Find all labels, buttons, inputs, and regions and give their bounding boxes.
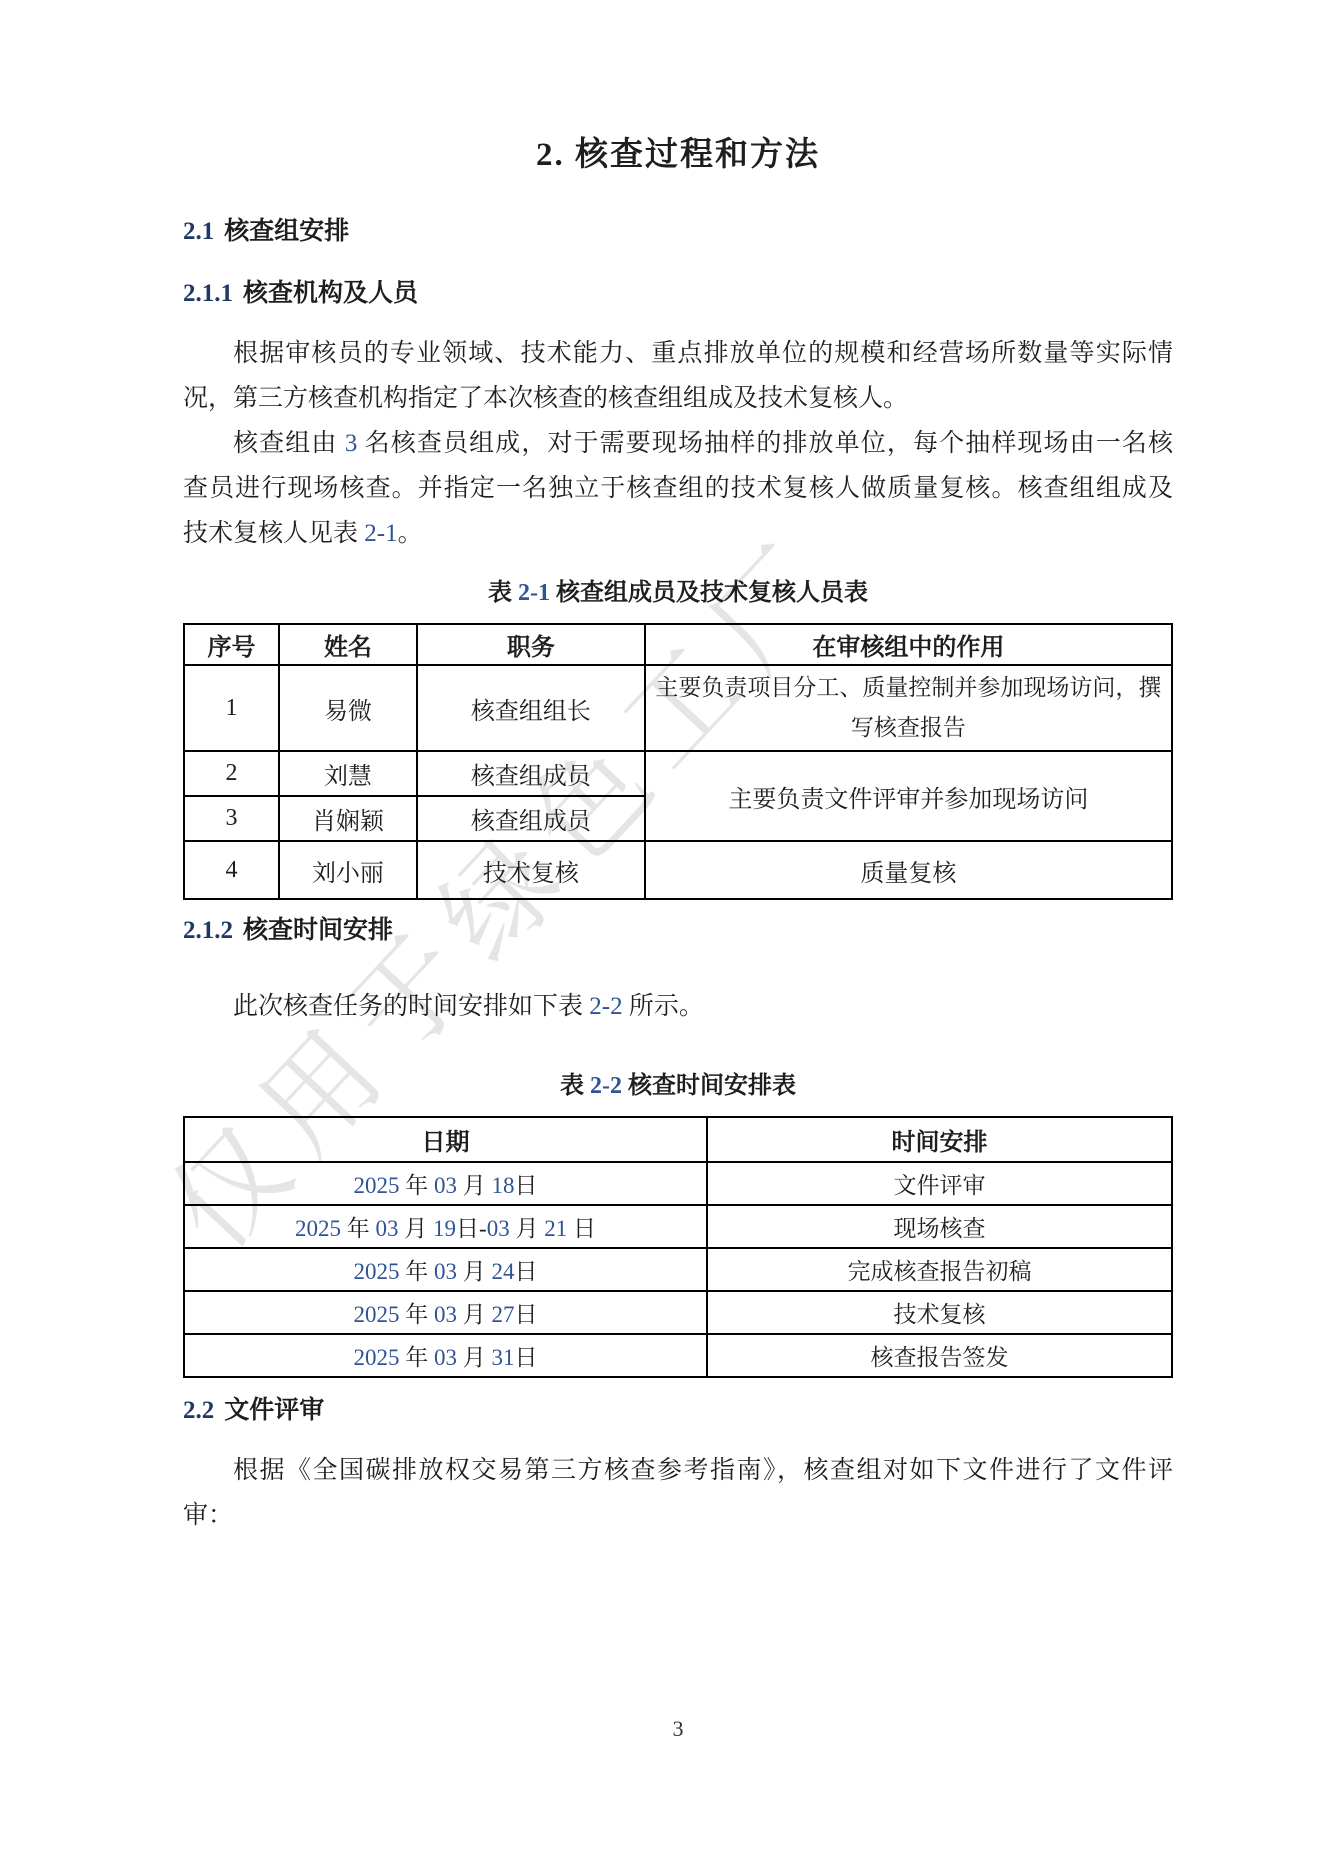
- cell-position: 核查组成员: [417, 796, 645, 841]
- table-row: 1 易微 核查组组长 主要负责项目分工、质量控制并参加现场访问，撰写核查报告: [184, 665, 1172, 751]
- cell-name: 肖娴颖: [279, 796, 417, 841]
- cell-no: 3: [184, 796, 279, 841]
- col-header-date: 日期: [184, 1117, 707, 1162]
- text-segment: 况，第三方核查机构指定了本次核查的核查组组成及技术复核人。: [183, 385, 908, 412]
- cell-name: 易微: [279, 665, 417, 751]
- section-heading-2-1: 2.1核查组安排: [183, 211, 1173, 247]
- text-segment: 年: [405, 1345, 434, 1370]
- text-segment: 核查组由: [233, 430, 345, 457]
- reference-number: 19: [433, 1216, 456, 1241]
- text-segment: 日: [515, 1259, 538, 1284]
- cell-date: 2025 年 03 月 31日: [184, 1334, 707, 1377]
- cell-date: 2025 年 03 月 19日-03 月 21 日: [184, 1205, 707, 1248]
- text-segment: 年: [405, 1259, 434, 1284]
- reference-number: 2025: [354, 1345, 406, 1370]
- text-segment: 日: [515, 1302, 538, 1327]
- reference-number: 2025: [354, 1259, 406, 1284]
- cell-position: 技术复核: [417, 841, 645, 899]
- text-line: 此次核查任务的时间安排如下表 2-2 所示。: [183, 984, 1173, 1029]
- text-segment: 月: [463, 1302, 492, 1327]
- text-line: 核查组由 3 名核查员组成，对于需要现场抽样的排放单位，每个抽样现场由一名核: [183, 421, 1173, 466]
- reference-number: 2-2: [589, 993, 622, 1020]
- cell-no: 2: [184, 751, 279, 796]
- section-number: 2.1.1: [183, 280, 233, 307]
- reference-number: 24: [492, 1259, 515, 1284]
- col-header-position: 职务: [417, 624, 645, 665]
- text-segment: 核查组成员及技术复核人员表: [550, 580, 868, 606]
- reference-number: 2025: [295, 1216, 347, 1241]
- reference-number: 21: [544, 1216, 573, 1241]
- reference-number: 2-2: [590, 1073, 622, 1099]
- text-line: 根据《全国碳排放权交易第三方核查参考指南》，核查组对如下文件进行了文件评: [183, 1448, 1173, 1493]
- cell-no: 4: [184, 841, 279, 899]
- section-number: 2.1.2: [183, 917, 233, 944]
- text-segment: 技术复核人见表: [183, 520, 364, 547]
- table-row: 2025 年 03 月 27日 技术复核: [184, 1291, 1172, 1334]
- cell-position: 核查组成员: [417, 751, 645, 796]
- cell-date: 2025 年 03 月 27日: [184, 1291, 707, 1334]
- table-row: 2025 年 03 月 18日 文件评审: [184, 1162, 1172, 1205]
- reference-number: 03: [434, 1259, 463, 1284]
- text-line: 根据审核员的专业领域、技术能力、重点排放单位的规模和经营场所数量等实际情: [183, 331, 1173, 376]
- section-label: 核查组安排: [224, 218, 349, 245]
- text-segment: 月: [463, 1345, 492, 1370]
- cell-date: 2025 年 03 月 18日: [184, 1162, 707, 1205]
- table-2-1-caption: 表 2-1 核查组成员及技术复核人员表: [183, 572, 1173, 607]
- table-2-2: 日期 时间安排 2025 年 03 月 18日 文件评审 2025 年 03 月…: [183, 1116, 1173, 1378]
- section-number: 2.2: [183, 1397, 214, 1424]
- text-segment: 日: [573, 1216, 596, 1241]
- cell-no: 1: [184, 665, 279, 751]
- page-number: 3: [183, 1716, 1173, 1742]
- section-heading-2-2: 2.2文件评审: [183, 1390, 1173, 1426]
- text-segment: 月: [515, 1216, 544, 1241]
- section-label: 核查机构及人员: [243, 280, 418, 307]
- text-segment: 查员进行现场核查。并指定一名独立于核查组的技术复核人做质量复核。核查组组成及: [183, 475, 1173, 502]
- paragraph-1: 根据审核员的专业领域、技术能力、重点排放单位的规模和经营场所数量等实际情 况，第…: [183, 331, 1173, 421]
- col-header-role: 在审核组中的作用: [645, 624, 1172, 665]
- cell-activity: 核查报告签发: [707, 1334, 1172, 1377]
- section-number: 2.1: [183, 218, 214, 245]
- table-2-1: 序号 姓名 职务 在审核组中的作用 1 易微 核查组组长 主要负责项目分工、质量…: [183, 623, 1173, 900]
- text-segment: 年: [405, 1173, 434, 1198]
- cell-position: 核查组组长: [417, 665, 645, 751]
- paragraph-4: 根据《全国碳排放权交易第三方核查参考指南》，核查组对如下文件进行了文件评 审：: [183, 1448, 1173, 1538]
- cell-activity: 完成核查报告初稿: [707, 1248, 1172, 1291]
- document-title: 2. 核查过程和方法: [183, 128, 1173, 175]
- text-line: 审：: [183, 1493, 1173, 1538]
- text-segment: 年: [347, 1216, 376, 1241]
- text-segment: 根据审核员的专业领域、技术能力、重点排放单位的规模和经营场所数量等实际情: [233, 340, 1173, 367]
- text-segment: 月: [463, 1259, 492, 1284]
- text-segment: 日: [515, 1173, 538, 1198]
- table-row: 2 刘慧 核查组成员 主要负责文件评审并参加现场访问: [184, 751, 1172, 796]
- reference-number: 27: [492, 1302, 515, 1327]
- text-segment: 年: [405, 1302, 434, 1327]
- section-label: 核查时间安排: [243, 917, 393, 944]
- document-content: 2. 核查过程和方法 2.1核查组安排 2.1.1核查机构及人员 根据审核员的专…: [183, 0, 1173, 1538]
- cell-duty-merged: 主要负责文件评审并参加现场访问: [645, 751, 1172, 841]
- table-2-2-caption: 表 2-2 核查时间安排表: [183, 1065, 1173, 1100]
- table-header-row: 序号 姓名 职务 在审核组中的作用: [184, 624, 1172, 665]
- paragraph-3: 此次核查任务的时间安排如下表 2-2 所示。: [183, 984, 1173, 1029]
- text-segment: 核查时间安排表: [622, 1073, 796, 1099]
- reference-number: 03: [434, 1302, 463, 1327]
- table-row: 2025 年 03 月 19日-03 月 21 日 现场核查: [184, 1205, 1172, 1248]
- text-segment: 所示。: [623, 993, 704, 1020]
- reference-number: 3: [345, 430, 358, 457]
- cell-duty: 主要负责项目分工、质量控制并参加现场访问，撰写核查报告: [645, 665, 1172, 751]
- reference-number: 2-1: [364, 520, 397, 547]
- cell-activity: 文件评审: [707, 1162, 1172, 1205]
- text-segment: 表: [560, 1073, 590, 1099]
- cell-name: 刘小丽: [279, 841, 417, 899]
- text-segment: 根据《全国碳排放权交易第三方核查参考指南》，核查组对如下文件进行了文件评: [233, 1457, 1173, 1484]
- text-line: 况，第三方核查机构指定了本次核查的核查组组成及技术复核人。: [183, 376, 1173, 421]
- table-row: 2025 年 03 月 31日 核查报告签发: [184, 1334, 1172, 1377]
- cell-name: 刘慧: [279, 751, 417, 796]
- text-segment: 日-: [456, 1216, 487, 1241]
- reference-number: 2025: [354, 1173, 406, 1198]
- section-heading-2-1-1: 2.1.1核查机构及人员: [183, 273, 1173, 309]
- text-segment: 审：: [183, 1502, 233, 1529]
- reference-number: 03: [434, 1345, 463, 1370]
- section-heading-2-1-2: 2.1.2核查时间安排: [183, 910, 1173, 946]
- document-page: { "colors": { "ref_blue": "#2f5496", "he…: [0, 0, 1322, 1870]
- cell-duty: 质量复核: [645, 841, 1172, 899]
- text-line: 技术复核人见表 2-1。: [183, 511, 1173, 556]
- col-header-index: 序号: [184, 624, 279, 665]
- reference-number: 2-1: [518, 580, 550, 606]
- text-segment: 此次核查任务的时间安排如下表: [233, 993, 589, 1020]
- col-header-name: 姓名: [279, 624, 417, 665]
- text-segment: 月: [463, 1173, 492, 1198]
- reference-number: 31: [492, 1345, 515, 1370]
- table-row: 4 刘小丽 技术复核 质量复核: [184, 841, 1172, 899]
- reference-number: 03: [487, 1216, 516, 1241]
- text-line: 查员进行现场核查。并指定一名独立于核查组的技术复核人做质量复核。核查组组成及: [183, 466, 1173, 511]
- reference-number: 03: [376, 1216, 405, 1241]
- reference-number: 2025: [354, 1302, 406, 1327]
- paragraph-2: 核查组由 3 名核查员组成，对于需要现场抽样的排放单位，每个抽样现场由一名核 查…: [183, 421, 1173, 556]
- col-header-schedule: 时间安排: [707, 1117, 1172, 1162]
- text-segment: 月: [404, 1216, 433, 1241]
- text-segment: 日: [515, 1345, 538, 1370]
- text-segment: 表: [488, 580, 518, 606]
- section-label: 文件评审: [224, 1397, 324, 1424]
- cell-date: 2025 年 03 月 24日: [184, 1248, 707, 1291]
- text-segment: 名核查员组成，对于需要现场抽样的排放单位，每个抽样现场由一名核: [357, 430, 1173, 457]
- text-segment: 。: [398, 520, 423, 547]
- cell-activity: 现场核查: [707, 1205, 1172, 1248]
- table-row: 2025 年 03 月 24日 完成核查报告初稿: [184, 1248, 1172, 1291]
- reference-number: 18: [492, 1173, 515, 1198]
- table-header-row: 日期 时间安排: [184, 1117, 1172, 1162]
- cell-activity: 技术复核: [707, 1291, 1172, 1334]
- reference-number: 03: [434, 1173, 463, 1198]
